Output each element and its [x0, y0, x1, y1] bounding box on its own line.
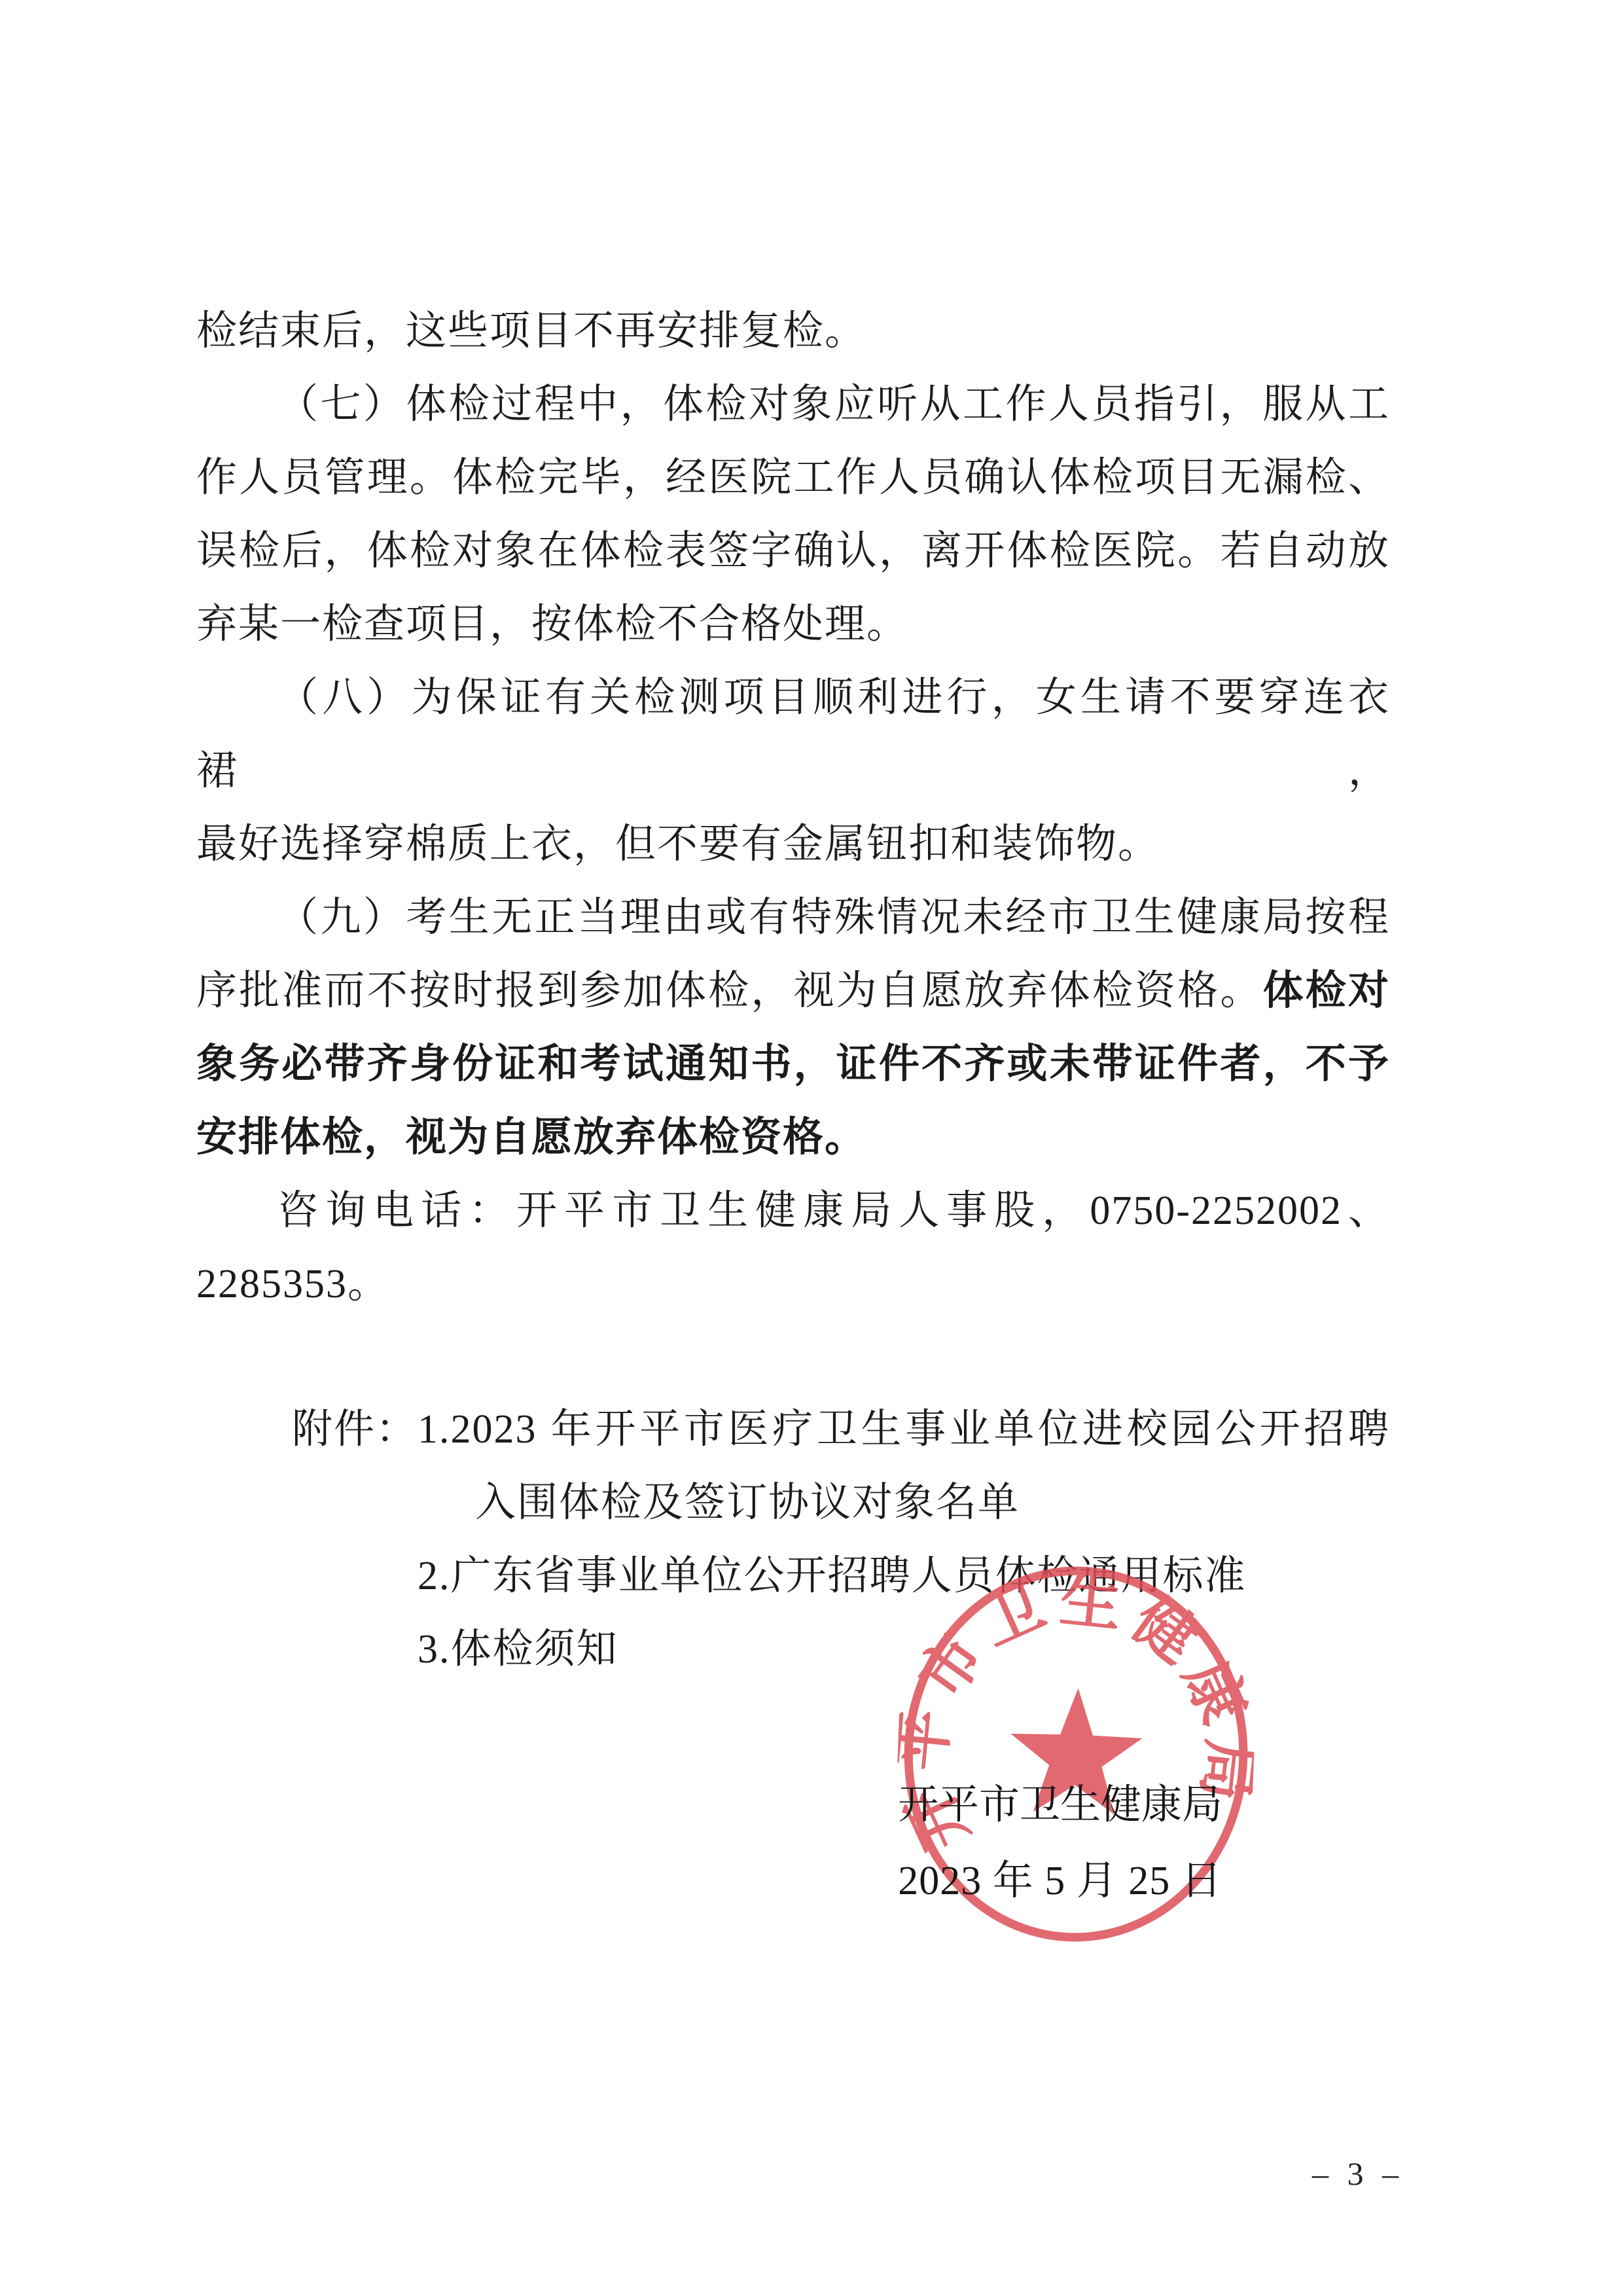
attachment-item-continuation: 入围体检及签订协议对象名单: [418, 1466, 1390, 1539]
text-line: 弃某一检查项目，按体检不合格处理。: [196, 588, 1390, 661]
attachments-section: 附件： 1.2023 年开平市医疗卫生事业单位进校园公开招聘 入围体检及签订协议…: [196, 1393, 1390, 1686]
text-line: （七）体检过程中，体检对象应听从工作人员指引，服从工: [196, 368, 1390, 441]
attachment-item: 3.体检须知: [418, 1613, 1390, 1686]
attachments-label: 附件：: [292, 1393, 418, 1686]
text-line: （九）考生无正当理由或有特殊情况未经市卫生健康局按程: [196, 881, 1390, 954]
page-number: – 3 –: [1312, 2155, 1404, 2193]
document-page: 检结束后，这些项目不再安排复检。 （七）体检过程中，体检对象应听从工作人员指引，…: [0, 0, 1623, 2296]
text-line: 序批准而不按时报到参加体检，视为自愿放弃体检资格。体检对: [196, 954, 1390, 1028]
issue-date: 2023 年 5 月 25 日: [877, 1843, 1243, 1919]
text-line: 检结束后，这些项目不再安排复检。: [196, 295, 1390, 368]
text-line: 咨询电话：开平市卫生健康局人事股，0750-2252002、: [196, 1174, 1390, 1247]
text-segment: 序批准而不按时报到参加体检，视为自愿放弃体检资格。: [196, 969, 1263, 1013]
issuing-agency-name: 开平市卫生健康局: [877, 1767, 1243, 1843]
text-line: 作人员管理。体检完毕，经医院工作人员确认体检项目无漏检、: [196, 441, 1390, 514]
text-line: 象务必带齐身份证和考试通知书，证件不齐或未带证件者，不予: [196, 1028, 1390, 1101]
attachments-list: 1.2023 年开平市医疗卫生事业单位进校园公开招聘 入围体检及签订协议对象名单…: [418, 1393, 1390, 1686]
text-line: （八）为保证有关检测项目顺利进行，女生请不要穿连衣裙，: [196, 661, 1390, 808]
text-line: 误检后，体检对象在体检表签字确认，离开体检医院。若自动放: [196, 514, 1390, 588]
text-line: 2285353。: [196, 1247, 1390, 1321]
text-segment-bold: 体检对: [1263, 969, 1390, 1013]
text-line: 最好选择穿棉质上衣，但不要有金属钮扣和装饰物。: [196, 808, 1390, 881]
document-body: 检结束后，这些项目不再安排复检。 （七）体检过程中，体检对象应听从工作人员指引，…: [196, 295, 1390, 1686]
text-line: 安排体检，视为自愿放弃体检资格。: [196, 1101, 1390, 1174]
signature-block: 开平市卫生健康局 2023 年 5 月 25 日: [877, 1767, 1243, 1919]
attachment-item: 2.广东省事业单位公开招聘人员体检通用标准: [418, 1539, 1390, 1613]
attachment-item: 1.2023 年开平市医疗卫生事业单位进校园公开招聘: [418, 1393, 1390, 1466]
